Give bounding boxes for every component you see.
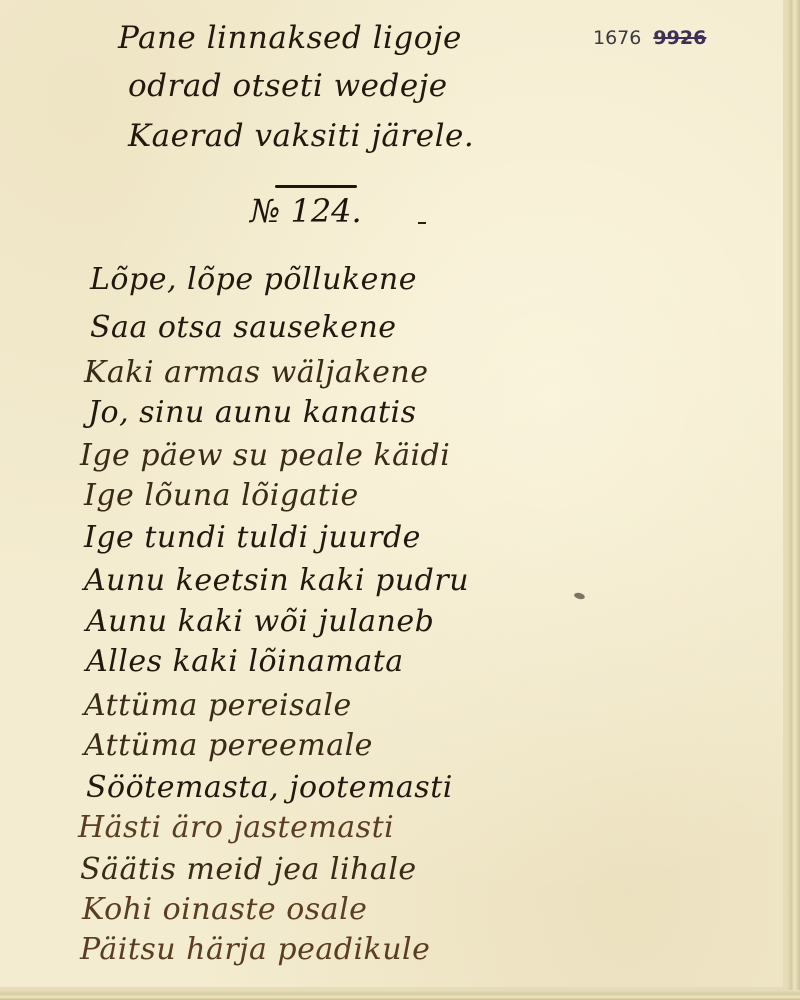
verse-line: Aunu keetsin kaki pudru: [84, 563, 469, 598]
verse-line: Ige lõuna lõigatie: [84, 478, 359, 513]
verse-line: Kaki armas wäljakene: [84, 355, 428, 390]
page-edge-right: [786, 0, 800, 1000]
verse-line: Saa otsa sausekene: [90, 310, 397, 345]
verse-line: Pane linnaksed ligoje: [118, 20, 462, 56]
verse-line: Säätis meid jea lihale: [80, 852, 417, 887]
ink-blot: [573, 592, 585, 601]
verse-line: Alles kaki lõinamata: [86, 644, 404, 679]
verse-line: Ige tundi tuldi juurde: [84, 520, 421, 555]
verse-line: Hästi äro jastemasti: [78, 810, 394, 845]
heading-rule: [275, 185, 357, 188]
song-number-heading: № 124.: [250, 192, 362, 230]
verse-line: Söötemasta, jootemasti: [86, 770, 453, 805]
verse-line: Lõpe, lõpe põllukene: [90, 262, 417, 297]
verse-line: odrad otseti wedeje: [128, 68, 448, 104]
verse-line: Attüma pereemale: [84, 728, 373, 763]
verse-line: Attüma pereisale: [84, 688, 352, 723]
verse-line: Ige päew su peale käidi: [80, 438, 450, 473]
archive-number-current: 1676: [593, 27, 641, 49]
archive-number: 1676 9926: [593, 27, 706, 49]
verse-line: Kaerad vaksiti järele.: [128, 118, 474, 154]
verse-line: Aunu kaki wõi julaneb: [86, 604, 434, 639]
verse-line: Päitsu härja peadikule: [80, 932, 430, 967]
page-edge-bottom: [0, 990, 800, 1000]
manuscript-page: 1676 9926 Pane linnaksed ligoje odrad ot…: [0, 0, 786, 990]
verse-line: Jo, sinu aunu kanatis: [88, 395, 417, 430]
archive-number-crossed-out: 9926: [653, 27, 706, 49]
verse-line: Kohi oinaste osale: [82, 892, 367, 927]
dash-mark: [418, 222, 426, 224]
